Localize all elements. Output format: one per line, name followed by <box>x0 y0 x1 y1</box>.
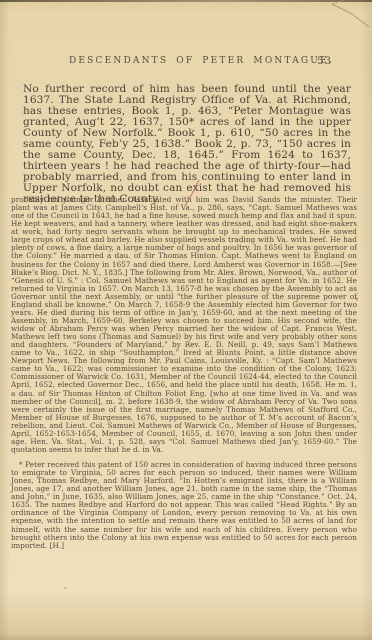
margin-speck <box>357 420 359 423</box>
scanned-book-page: DESCENDANTS OF PETER MONTAGUE. 53 No fur… <box>0 0 372 640</box>
footnote-continued: probably his younger brother. Associated… <box>11 196 357 454</box>
body-paragraph: No further record of him has been found … <box>23 84 351 204</box>
page-number: 53 <box>317 56 332 67</box>
page-corner-crease <box>328 0 372 32</box>
scan-top-edge <box>0 0 372 2</box>
running-head: DESCENDANTS OF PETER MONTAGUE. 53 <box>22 56 350 70</box>
footnote-asterisk: * Peter received this patent of 150 acre… <box>11 461 357 550</box>
paper-smudge <box>64 587 67 589</box>
margin-speck <box>356 297 358 301</box>
footnote-asterisk-text: * Peter received this patent of 150 acre… <box>11 461 357 550</box>
running-head-title: DESCENDANTS OF PETER MONTAGUE. <box>69 56 334 66</box>
